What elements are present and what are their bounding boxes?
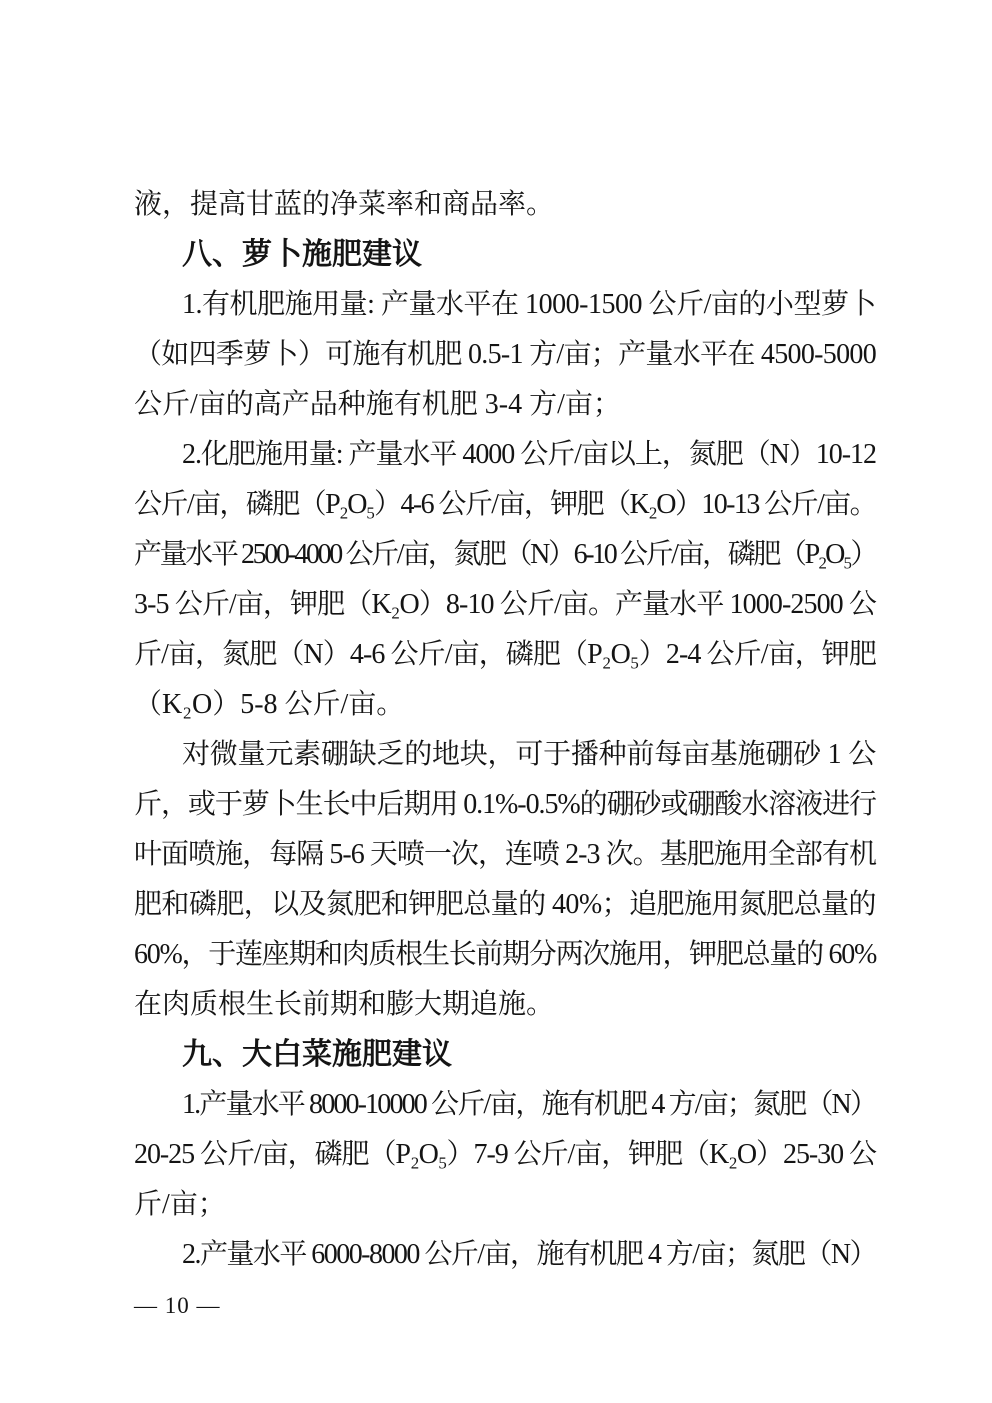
document-page: 液，提高甘蓝的净菜率和商品率。 八、萝卜施肥建议 1.有机肥施用量: 产量水平在… (0, 0, 992, 1403)
text-line-content: 斤/亩，氮肥（N）4-6 公斤/亩，磷肥（P₂O₅）2-4 公斤/亩，钾肥 (134, 630, 876, 680)
text-line: 1.产量水平 8000-10000 公斤/亩，施有机肥 4 方/亩；氮肥（N） (134, 1080, 876, 1130)
text-line: 1.有机肥施用量: 产量水平在 1000-1500 公斤/亩的小型萝卜 (134, 280, 876, 330)
text-line-content: 产量水平 2500-4000 公斤/亩，氮肥（N）6-10 公斤/亩，磷肥（P₂… (134, 530, 876, 580)
text-line: 对微量元素硼缺乏的地块，可于播种前每亩基施硼砂 1 公 (134, 730, 876, 780)
text-line-content: 叶面喷施，每隔 5-6 天喷一次，连喷 2-3 次。基肥施用全部有机 (134, 830, 876, 880)
section-heading-radish: 八、萝卜施肥建议 (134, 230, 876, 280)
text-line-content: （K₂O）5-8 公斤/亩。 (134, 680, 404, 730)
text-line: 公斤/亩的高产品种施有机肥 3-4 方/亩； (134, 380, 876, 430)
text-line-content: （如四季萝卜）可施有机肥 0.5-1 方/亩；产量水平在 4500-5000 (134, 330, 876, 380)
text-line: 60%，于莲座期和肉质根生长前期分两次施用，钾肥总量的 60% (134, 930, 876, 980)
text-line-content: 1.有机肥施用量: 产量水平在 1000-1500 公斤/亩的小型萝卜 (182, 280, 876, 330)
text-line-content: 2.化肥施用量: 产量水平 4000 公斤/亩以上，氮肥（N）10-12 (182, 430, 876, 480)
text-line: （如四季萝卜）可施有机肥 0.5-1 方/亩；产量水平在 4500-5000 (134, 330, 876, 380)
text-line-content: 2.产量水平 6000-8000 公斤/亩，施有机肥 4 方/亩；氮肥（N） (182, 1230, 876, 1280)
text-line-content: 斤，或于萝卜生长中后期用 0.1%-0.5%的硼砂或硼酸水溶液进行 (134, 780, 876, 830)
text-line: 3-5 公斤/亩，钾肥（K₂O）8-10 公斤/亩。产量水平 1000-2500… (134, 580, 876, 630)
text-line-content: 3-5 公斤/亩，钾肥（K₂O）8-10 公斤/亩。产量水平 1000-2500… (134, 580, 876, 630)
text-line: （K₂O）5-8 公斤/亩。 (134, 680, 876, 730)
text-line-content: 在肉质根生长前期和膨大期追施。 (134, 980, 554, 1030)
text-line: 液，提高甘蓝的净菜率和商品率。 (134, 180, 876, 230)
text-line: 斤/亩； (134, 1180, 876, 1230)
text-line: 在肉质根生长前期和膨大期追施。 (134, 980, 876, 1030)
text-line-content: 液，提高甘蓝的净菜率和商品率。 (134, 180, 554, 230)
text-line-content: 60%，于莲座期和肉质根生长前期分两次施用，钾肥总量的 60% (134, 930, 876, 980)
text-line: 2.化肥施用量: 产量水平 4000 公斤/亩以上，氮肥（N）10-12 (134, 430, 876, 480)
text-line: 20-25 公斤/亩，磷肥（P₂O₅）7-9 公斤/亩，钾肥（K₂O）25-30… (134, 1130, 876, 1180)
text-line-content: 公斤/亩，磷肥（P₂O₅）4-6 公斤/亩，钾肥（K₂O）10-13 公斤/亩。 (134, 480, 876, 530)
section-heading-text: 八、萝卜施肥建议 (182, 230, 422, 280)
text-line: 2.产量水平 6000-8000 公斤/亩，施有机肥 4 方/亩；氮肥（N） (134, 1230, 876, 1280)
text-line: 肥和磷肥，以及氮肥和钾肥总量的 40%；追肥施用氮肥总量的 (134, 880, 876, 930)
text-line-content: 肥和磷肥，以及氮肥和钾肥总量的 40%；追肥施用氮肥总量的 (134, 880, 876, 930)
text-line-content: 斤/亩； (134, 1180, 226, 1230)
text-line: 公斤/亩，磷肥（P₂O₅）4-6 公斤/亩，钾肥（K₂O）10-13 公斤/亩。 (134, 480, 876, 530)
section-heading-cabbage: 九、大白菜施肥建议 (134, 1030, 876, 1080)
text-line: 叶面喷施，每隔 5-6 天喷一次，连喷 2-3 次。基肥施用全部有机 (134, 830, 876, 880)
text-line-content: 20-25 公斤/亩，磷肥（P₂O₅）7-9 公斤/亩，钾肥（K₂O）25-30… (134, 1130, 876, 1180)
section-heading-text: 九、大白菜施肥建议 (182, 1030, 452, 1080)
text-line-content: 对微量元素硼缺乏的地块，可于播种前每亩基施硼砂 1 公 (182, 730, 876, 780)
text-line-content: 公斤/亩的高产品种施有机肥 3-4 方/亩； (134, 380, 621, 430)
page-number: — 10 — (134, 1291, 221, 1321)
text-line-content: 1.产量水平 8000-10000 公斤/亩，施有机肥 4 方/亩；氮肥（N） (182, 1080, 876, 1130)
text-line: 斤，或于萝卜生长中后期用 0.1%-0.5%的硼砂或硼酸水溶液进行 (134, 780, 876, 830)
body-text: 液，提高甘蓝的净菜率和商品率。 八、萝卜施肥建议 1.有机肥施用量: 产量水平在… (134, 180, 876, 1280)
text-line: 斤/亩，氮肥（N）4-6 公斤/亩，磷肥（P₂O₅）2-4 公斤/亩，钾肥 (134, 630, 876, 680)
text-line: 产量水平 2500-4000 公斤/亩，氮肥（N）6-10 公斤/亩，磷肥（P₂… (134, 530, 876, 580)
